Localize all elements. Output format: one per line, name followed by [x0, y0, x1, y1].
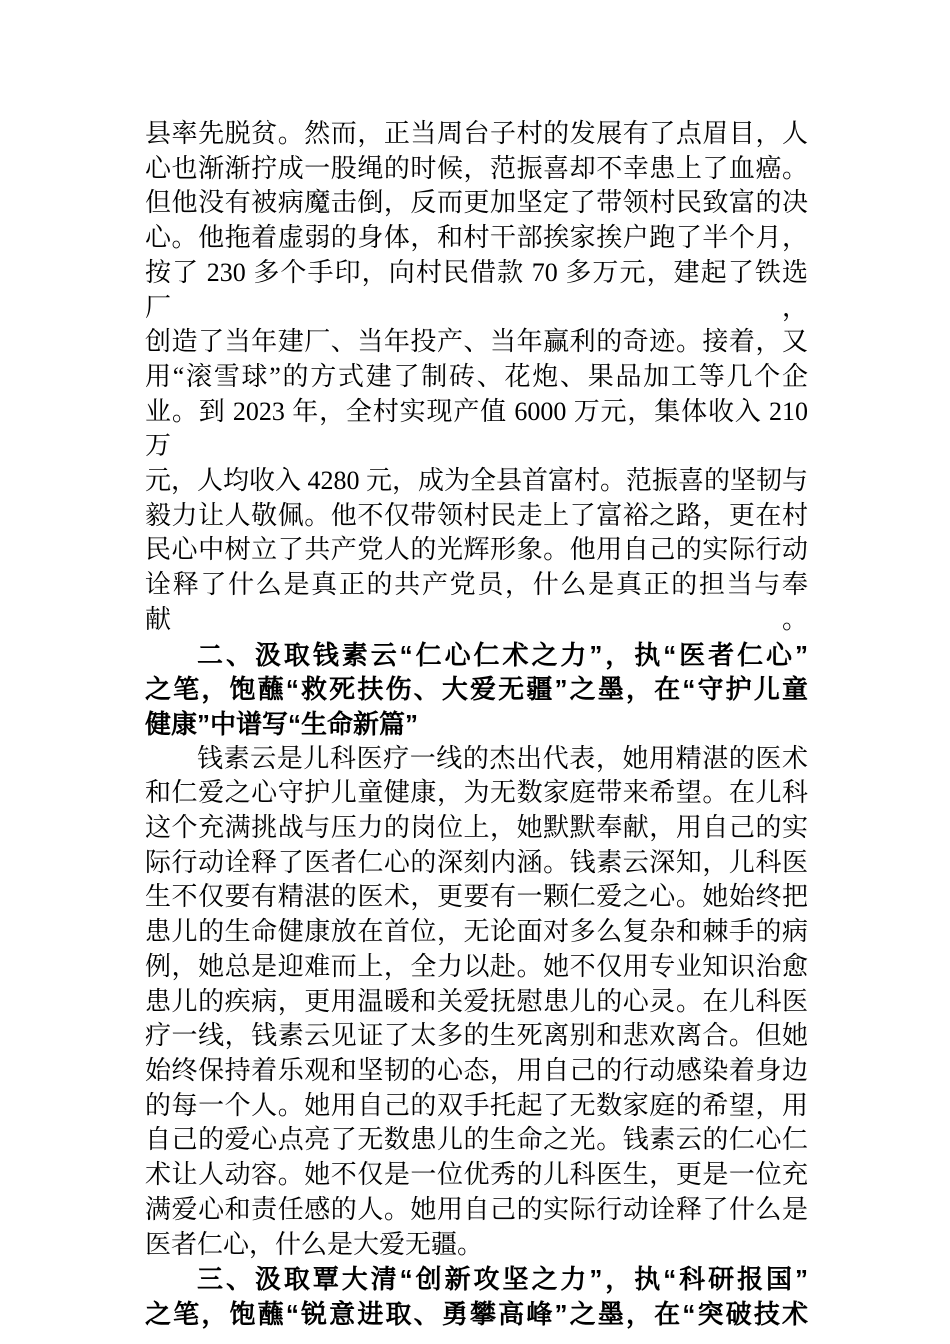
text-line: 患儿的疾病，更用温暖和关爱抚慰患儿的心灵。在儿科医 — [145, 985, 808, 1020]
text-line: 诠释了什么是真正的共产党员，什么是真正的担当与奉献。 — [145, 568, 808, 637]
text-line: 民心中树立了共产党人的光辉形象。他用自己的实际行动 — [145, 533, 808, 568]
text-line: 元，人均收入 4280 元，成为全县首富村。范振喜的坚韧与 — [145, 464, 808, 499]
text-line: 疗一线，钱素云见证了太多的生死离别和悲欢离合。但她 — [145, 1019, 808, 1054]
document-page: 县率先脱贫。然而，正当周台子村的发展有了点眉目，人心也渐渐拧成一股绳的时候，范振… — [0, 0, 950, 1344]
paragraph-1: 县率先脱贫。然而，正当周台子村的发展有了点眉目，人心也渐渐拧成一股绳的时候，范振… — [145, 117, 808, 638]
paragraph-4: 三、汲取覃大清“创新攻坚之力”，执“科研报国”之笔，饱蘸“锐意进取、勇攀高峰”之… — [145, 1262, 808, 1331]
text-line: 县率先脱贫。然而，正当周台子村的发展有了点眉目，人 — [145, 117, 808, 152]
paragraph-3: 钱素云是儿科医疗一线的杰出代表，她用精湛的医术和仁爱之心守护儿童健康，为无数家庭… — [145, 742, 808, 1263]
text-line: 始终保持着乐观和坚韧的心态，用自己的行动感染着身边 — [145, 1054, 808, 1089]
text-line: 术让人动容。她不仅是一位优秀的儿科医生，更是一位充 — [145, 1158, 808, 1193]
document-content: 县率先脱贫。然而，正当周台子村的发展有了点眉目，人心也渐渐拧成一股绳的时候，范振… — [145, 117, 808, 1332]
text-line: 满爱心和责任感的人。她用自己的实际行动诠释了什么是 — [145, 1193, 808, 1228]
text-line: 心。他拖着虚弱的身体，和村干部挨家挨户跑了半个月， — [145, 221, 808, 256]
text-line: 的每一个人。她用自己的双手托起了无数家庭的希望，用 — [145, 1089, 808, 1124]
text-line: 按了 230 多个手印，向村民借款 70 多万元，建起了铁选厂， — [145, 256, 808, 325]
text-line: 生不仅要有精湛的医术，更要有一颗仁爱之心。她始终把 — [145, 880, 808, 915]
text-line: 自己的爱心点亮了无数患儿的生命之光。钱素云的仁心仁 — [145, 1123, 808, 1158]
text-line: 但他没有被病魔击倒，反而更加坚定了带领村民致富的决 — [145, 186, 808, 221]
text-line: 例，她总是迎难而上，全力以赴。她不仅用专业知识治愈 — [145, 950, 808, 985]
text-line: 创造了当年建厂、当年投产、当年赢利的奇迹。接着，又 — [145, 325, 808, 360]
text-line: 钱素云是儿科医疗一线的杰出代表，她用精湛的医术 — [145, 742, 808, 777]
text-line: 患儿的生命健康放在首位，无论面对多么复杂和棘手的病 — [145, 915, 808, 950]
heading-line: 二、汲取钱素云“仁心仁术之力”，执“医者仁心” — [145, 638, 808, 673]
heading-line: 之笔，饱蘸“锐意进取、勇攀高峰”之墨，在“突破技术 — [145, 1297, 808, 1332]
text-line: 医者仁心，什么是大爱无疆。 — [145, 1228, 808, 1263]
heading-line: 三、汲取覃大清“创新攻坚之力”，执“科研报国” — [145, 1262, 808, 1297]
text-line: 这个充满挑战与压力的岗位上，她默默奉献，用自己的实 — [145, 811, 808, 846]
text-line: 际行动诠释了医者仁心的深刻内涵。钱素云深知，儿科医 — [145, 846, 808, 881]
paragraph-2: 二、汲取钱素云“仁心仁术之力”，执“医者仁心”之笔，饱蘸“救死扶伤、大爱无疆”之… — [145, 638, 808, 742]
heading-line: 之笔，饱蘸“救死扶伤、大爱无疆”之墨，在“守护儿童 — [145, 672, 808, 707]
text-line: 业。到 2023 年，全村实现产值 6000 万元，集体收入 210 万 — [145, 395, 808, 464]
text-line: 和仁爱之心守护儿童健康，为无数家庭带来希望。在儿科 — [145, 776, 808, 811]
text-line: 用“滚雪球”的方式建了制砖、花炮、果品加工等几个企 — [145, 360, 808, 395]
text-line: 心也渐渐拧成一股绳的时候，范振喜却不幸患上了血癌。 — [145, 152, 808, 187]
text-line: 毅力让人敬佩。他不仅带领村民走上了富裕之路，更在村 — [145, 499, 808, 534]
heading-line: 健康”中谱写“生命新篇” — [145, 707, 808, 742]
